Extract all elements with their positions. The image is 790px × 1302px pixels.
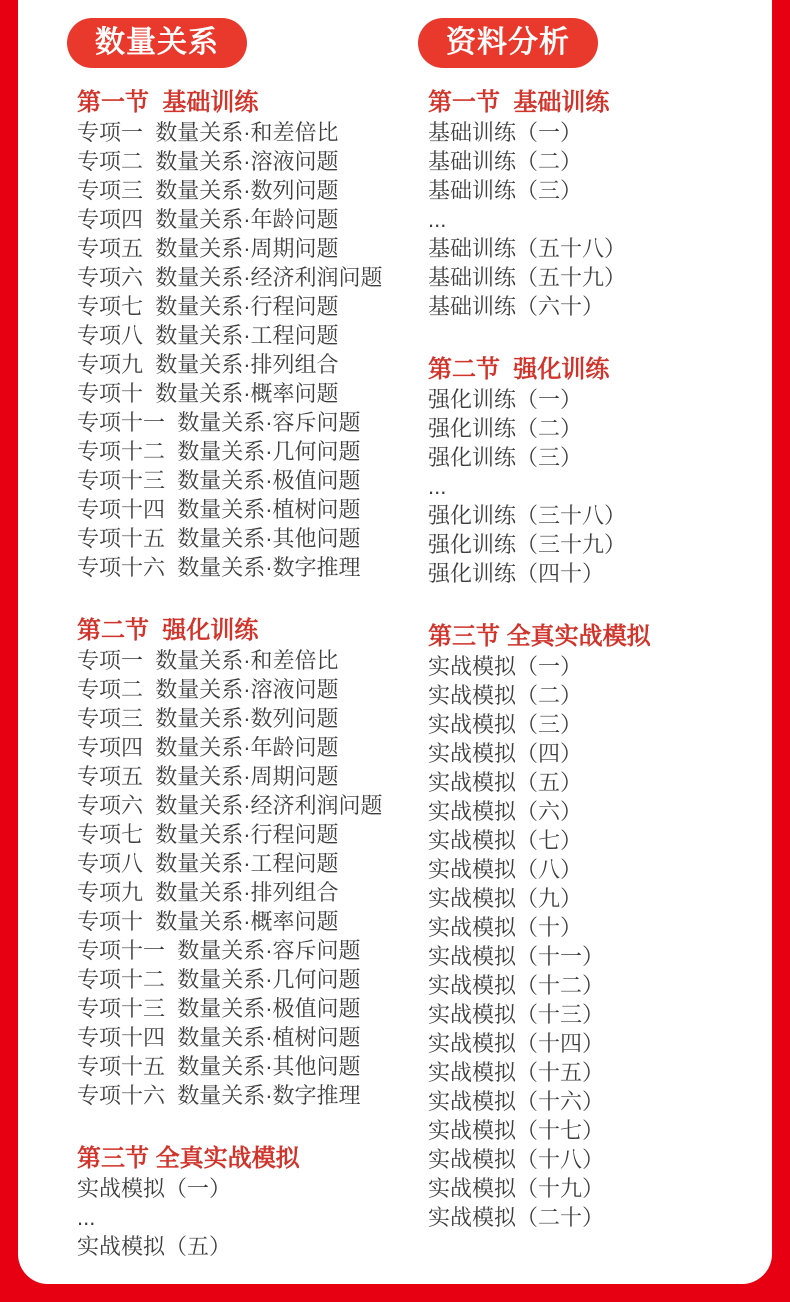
toc-list-item: 专项三 数量关系·数列问题 [77,176,442,205]
toc-list-item: 专项十一 数量关系·容斥问题 [77,936,442,965]
section-heading: 第三节 全真实战模拟 [77,1144,442,1174]
section-real-simulation: 第三节 全真实战模拟 实战模拟（一）...实战模拟（五） [77,1144,442,1261]
section-intensive-training: 第二节 强化训练 专项一 数量关系·和差倍比专项二 数量关系·溶液问题专项三 数… [77,616,442,1110]
toc-list-item: 专项一 数量关系·和差倍比 [77,646,442,675]
toc-list-item: 强化训练（四十） [428,559,748,588]
column-data-analysis: 资料分析 第一节 基础训练 基础训练（一）基础训练（二）基础训练（三）...基础… [428,18,748,1232]
toc-list-item: 专项十四 数量关系·植树问题 [77,1023,442,1052]
section-heading: 第二节 强化训练 [77,616,442,646]
toc-list-item: 专项六 数量关系·经济利润问题 [77,263,442,292]
toc-list-item: 实战模拟（二） [428,681,748,710]
toc-list-item: ... [428,472,748,501]
toc-list-item: 专项十 数量关系·概率问题 [77,379,442,408]
toc-list-item: 强化训练（二） [428,414,748,443]
toc-list-item: 专项四 数量关系·年龄问题 [77,205,442,234]
toc-list-item: 实战模拟（十九） [428,1174,748,1203]
toc-list-item: 实战模拟（一） [77,1174,442,1203]
toc-list-item: 专项一 数量关系·和差倍比 [77,118,442,147]
toc-list-item: 实战模拟（十一） [428,942,748,971]
toc-list-item: 专项六 数量关系·经济利润问题 [77,791,442,820]
toc-list-item: 专项十五 数量关系·其他问题 [77,524,442,553]
section-heading: 第二节 强化训练 [428,355,748,385]
section-heading: 第一节 基础训练 [77,88,442,118]
toc-list-item: 专项十一 数量关系·容斥问题 [77,408,442,437]
toc-list-item: 实战模拟（四） [428,739,748,768]
toc-list-item: 实战模拟（十三） [428,1000,748,1029]
toc-list-item: 专项三 数量关系·数列问题 [77,704,442,733]
toc-list-item: 强化训练（三十八） [428,501,748,530]
toc-list-item: 专项十四 数量关系·植树问题 [77,495,442,524]
section-basic-training: 第一节 基础训练 专项一 数量关系·和差倍比专项二 数量关系·溶液问题专项三 数… [77,88,442,582]
toc-list-item: 专项八 数量关系·工程问题 [77,849,442,878]
toc-list-item: 专项十六 数量关系·数字推理 [77,1081,442,1110]
toc-list-item: 实战模拟（十六） [428,1087,748,1116]
toc-list-item: 实战模拟（十七） [428,1116,748,1145]
section-item-list: 专项一 数量关系·和差倍比专项二 数量关系·溶液问题专项三 数量关系·数列问题专… [77,118,442,582]
toc-list-item: 实战模拟（六） [428,797,748,826]
section-real-simulation: 第三节 全真实战模拟 实战模拟（一）实战模拟（二）实战模拟（三）实战模拟（四）实… [428,622,748,1232]
toc-list-item: 实战模拟（一） [428,652,748,681]
toc-list-item: 专项二 数量关系·溶液问题 [77,675,442,704]
toc-list-item: 实战模拟（十） [428,913,748,942]
toc-list-item: 实战模拟（九） [428,884,748,913]
section-heading: 第三节 全真实战模拟 [428,622,748,652]
toc-list-item: 基础训练（一） [428,118,748,147]
section-basic-training: 第一节 基础训练 基础训练（一）基础训练（二）基础训练（三）...基础训练（五十… [428,88,748,321]
quantitative-relations-badge: 数量关系 [67,18,247,68]
toc-list-item: 基础训练（六十） [428,292,748,321]
toc-list-item: 实战模拟（二十） [428,1203,748,1232]
toc-list-item: 强化训练（三十九） [428,530,748,559]
toc-list-item: 实战模拟（十二） [428,971,748,1000]
toc-list-item: 实战模拟（七） [428,826,748,855]
toc-list-item: 专项八 数量关系·工程问题 [77,321,442,350]
toc-list-item: 强化训练（三） [428,443,748,472]
toc-list-item: 基础训练（五十九） [428,263,748,292]
toc-list-item: 实战模拟（八） [428,855,748,884]
toc-list-item: ... [77,1203,442,1232]
content-panel: 数量关系 第一节 基础训练 专项一 数量关系·和差倍比专项二 数量关系·溶液问题… [18,0,772,1284]
toc-list-item: 专项七 数量关系·行程问题 [77,292,442,321]
toc-list-item: 实战模拟（十五） [428,1058,748,1087]
toc-list-item: 专项十二 数量关系·几何问题 [77,965,442,994]
toc-list-item: 专项十三 数量关系·极值问题 [77,994,442,1023]
toc-list-item: 基础训练（三） [428,176,748,205]
toc-list-item: ... [428,205,748,234]
data-analysis-badge: 资料分析 [418,18,598,68]
toc-list-item: 基础训练（五十八） [428,234,748,263]
toc-list-item: 基础训练（二） [428,147,748,176]
toc-list-item: 强化训练（一） [428,385,748,414]
toc-list-item: 专项九 数量关系·排列组合 [77,878,442,907]
toc-list-item: 实战模拟（五） [428,768,748,797]
toc-list-item: 专项七 数量关系·行程问题 [77,820,442,849]
section-intensive-training: 第二节 强化训练 强化训练（一）强化训练（二）强化训练（三）...强化训练（三十… [428,355,748,588]
column-quantitative-relations: 数量关系 第一节 基础训练 专项一 数量关系·和差倍比专项二 数量关系·溶液问题… [77,18,442,1261]
toc-list-item: 专项九 数量关系·排列组合 [77,350,442,379]
section-item-list: 强化训练（一）强化训练（二）强化训练（三）...强化训练（三十八）强化训练（三十… [428,385,748,588]
section-item-list: 实战模拟（一）实战模拟（二）实战模拟（三）实战模拟（四）实战模拟（五）实战模拟（… [428,652,748,1232]
section-item-list: 专项一 数量关系·和差倍比专项二 数量关系·溶液问题专项三 数量关系·数列问题专… [77,646,442,1110]
toc-list-item: 实战模拟（十四） [428,1029,748,1058]
toc-list-item: 实战模拟（十八） [428,1145,748,1174]
section-item-list: 实战模拟（一）...实战模拟（五） [77,1174,442,1261]
toc-list-item: 实战模拟（五） [77,1232,442,1261]
toc-list-item: 专项十三 数量关系·极值问题 [77,466,442,495]
toc-list-item: 专项五 数量关系·周期问题 [77,762,442,791]
section-heading: 第一节 基础训练 [428,88,748,118]
toc-list-item: 专项十二 数量关系·几何问题 [77,437,442,466]
toc-list-item: 专项四 数量关系·年龄问题 [77,733,442,762]
toc-list-item: 专项十五 数量关系·其他问题 [77,1052,442,1081]
toc-list-item: 专项五 数量关系·周期问题 [77,234,442,263]
toc-list-item: 专项十六 数量关系·数字推理 [77,553,442,582]
section-item-list: 基础训练（一）基础训练（二）基础训练（三）...基础训练（五十八）基础训练（五十… [428,118,748,321]
toc-list-item: 专项二 数量关系·溶液问题 [77,147,442,176]
toc-list-item: 实战模拟（三） [428,710,748,739]
toc-list-item: 专项十 数量关系·概率问题 [77,907,442,936]
